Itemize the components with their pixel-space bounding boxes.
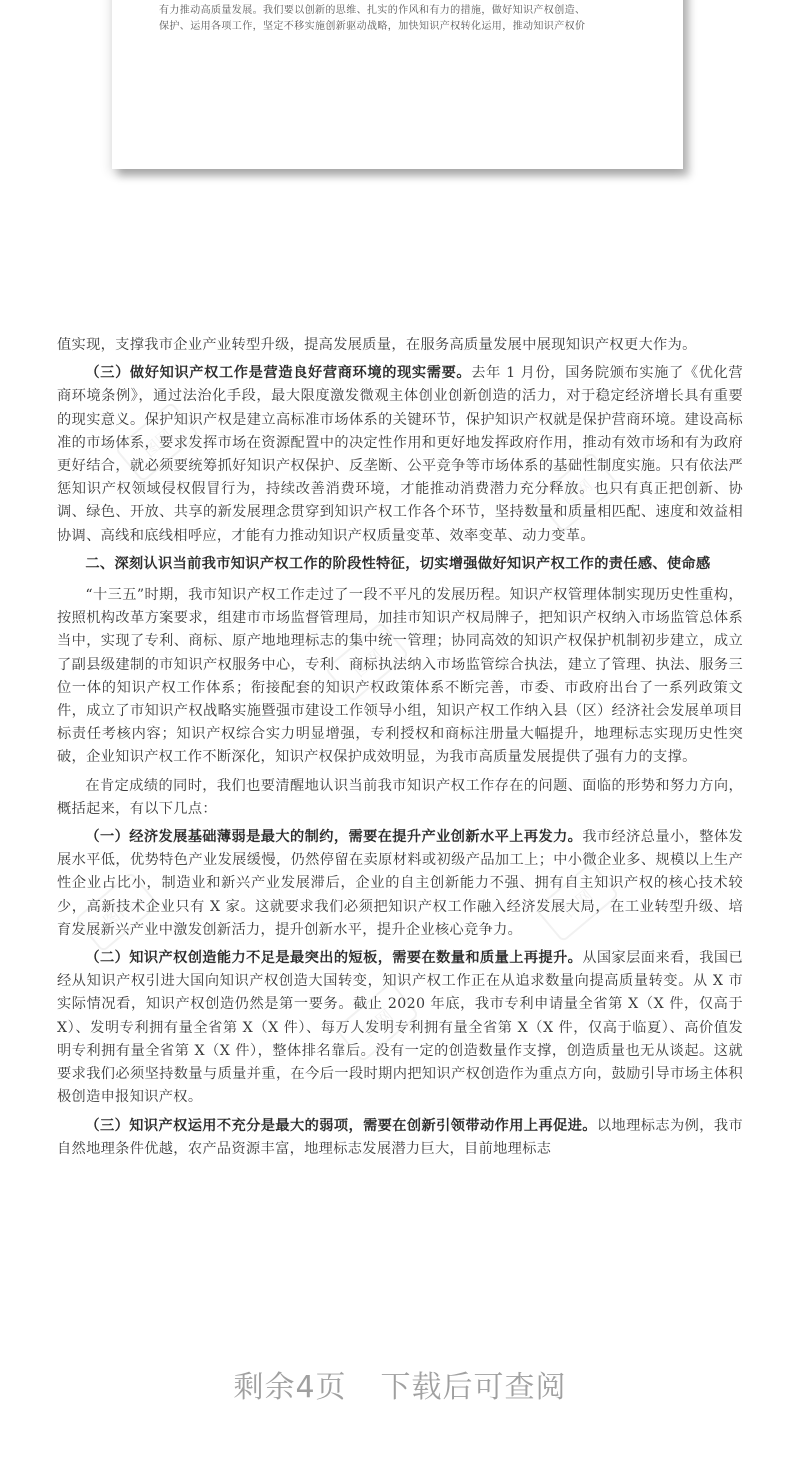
paragraph: （一）经济发展基础薄弱是最大的制约，需要在提升产业创新水平上再发力。我市经济总量… (57, 826, 743, 942)
paragraph-lead: （三）做好知识产权工作是营造良好营商环境的现实需要。 (85, 365, 471, 381)
paragraph: “十三五”时期，我市知识产权工作走过了一段不平凡的发展历程。知识产权管理体制实现… (57, 584, 743, 770)
paragraph-text: 在肯定成绩的同时，我们也要清醒地认识当前我市知识产权工作存在的问题、面临的形势和… (57, 778, 743, 817)
paragraph-text: 从国家层面来看，我国已经从知识产权引进大国向知识产权创造大国转变，知识产权工作正… (57, 950, 743, 1105)
section-heading: 二、深刻认识当前我市知识产权工作的阶段性特征，切实增强做好知识产权工作的责任感、… (57, 553, 743, 576)
paragraph-text: “十三五”时期，我市知识产权工作走过了一段不平凡的发展历程。知识产权管理体制实现… (57, 587, 743, 765)
paragraph: 在肯定成绩的同时，我们也要清醒地认识当前我市知识产权工作存在的问题、面临的形势和… (57, 775, 743, 821)
paragraph-lead: （二）知识产权创造能力不足是最突出的短板，需要在数量和质量上再提升。 (85, 950, 582, 966)
paragraph: （三）知识产权运用不充分是最大的弱项，需要在创新引领带动作用上再促进。以地理标志… (57, 1115, 743, 1161)
download-prompt-label: 下载后可查阅 (381, 1370, 567, 1405)
paragraph-text: 去年 1 月份，国务院颁布实施了《优化营商环境条例》，通过法治化手段，最大限度激… (57, 365, 743, 543)
remaining-pages-label: 剩余4页 (233, 1370, 346, 1405)
download-to-view-more-button[interactable]: 剩余4页下载后可查阅 (0, 1362, 800, 1406)
previous-page-preview: 有力推动高质量发展。我们要以创新的思维、扎实的作风和有力的措施，做好知识产权创造… (112, 0, 683, 169)
paragraph-text: 值实现，支撑我市企业产业转型升级，提高发展质量，在服务高质量发展中展现知识产权更… (57, 337, 697, 353)
paragraph-text: 我市经济总量小，整体发展水平低，优势特色产业发展缓慢，仍然停留在卖原材料或初级产… (57, 829, 743, 938)
paragraph-lead: （三）知识产权运用不充分是最大的弱项，需要在创新引领带动作用上再促进。 (85, 1118, 597, 1134)
preview-line: 有力推动高质量发展。我们要以创新的思维、扎实的作风和有力的措施，做好知识产权创造… (159, 4, 659, 18)
document-body: 值实现，支撑我市企业产业转型升级，提高发展质量，在服务高质量发展中展现知识产权更… (57, 334, 743, 1166)
paragraph: （三）做好知识产权工作是营造良好营商环境的现实需要。去年 1 月份，国务院颁布实… (57, 362, 743, 548)
paragraph: 值实现，支撑我市企业产业转型升级，提高发展质量，在服务高质量发展中展现知识产权更… (57, 334, 743, 357)
paragraph: （二）知识产权创造能力不足是最突出的短板，需要在数量和质量上再提升。从国家层面来… (57, 947, 743, 1109)
preview-line: 保护、运用各项工作，坚定不移实施创新驱动战略，加快知识产权转化运用，推动知识产权… (159, 20, 659, 34)
paragraph-lead: （一）经济发展基础薄弱是最大的制约，需要在提升产业创新水平上再发力。 (85, 829, 582, 845)
